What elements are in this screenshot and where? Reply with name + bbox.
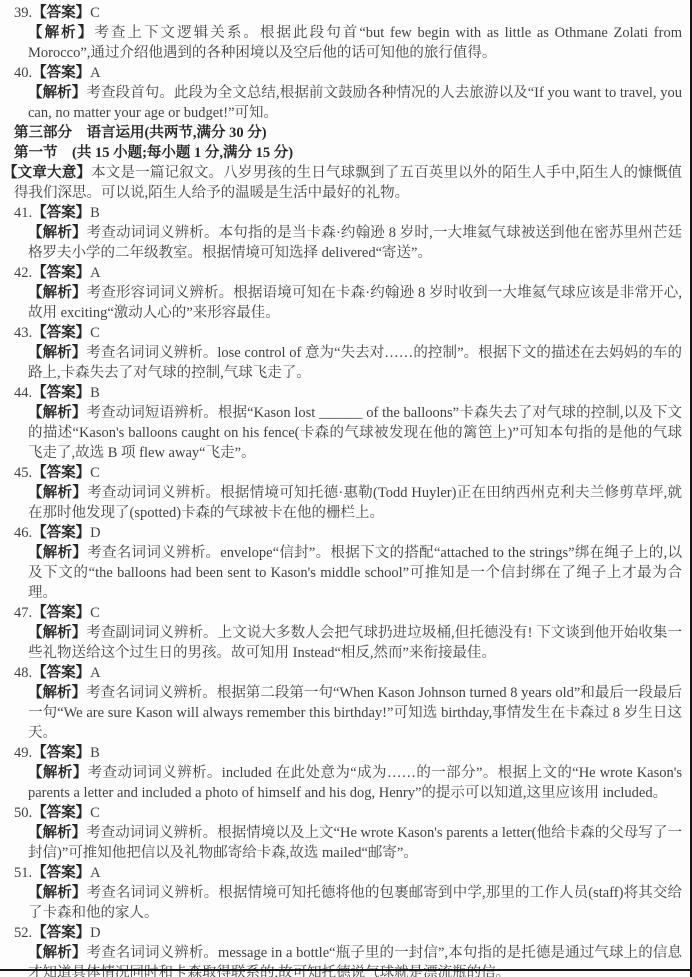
passage-summary: 【文章大意】本文是一篇记叙文。八岁男孩的生日气球飘到了五百英里以外的陌生人手中,… (3, 163, 682, 203)
analysis-paragraph: 【解析】考查上下文逻辑关系。根据此段句首“but few begin with … (28, 23, 682, 63)
answer-choice: C (90, 5, 100, 21)
summary-text: 本文是一篇记叙文。八岁男孩的生日气球飘到了五百英里以外的陌生人手中,陌生人的慷慨… (14, 165, 682, 201)
analysis-label: 【解析】 (28, 85, 86, 101)
question-number: 50. (14, 805, 32, 821)
analysis-text: 考查上下文逻辑关系。根据此段句首“but few begin with as l… (28, 25, 682, 61)
analysis-paragraph: 【解析】考查动词词义辨析。根据情境可知托德·惠勒(Todd Huyler)正在田… (28, 483, 682, 523)
question-number: 51. (14, 865, 32, 881)
answer-line: 39.【答案】C (14, 3, 682, 23)
analysis-label: 【解析】 (28, 765, 88, 781)
analysis-text: 考查动词词义辨析。included 在此处意为“成为……的一部分”。根据上文的“… (28, 765, 682, 801)
question-number: 39. (14, 5, 32, 21)
answer-choice: D (90, 925, 100, 941)
analysis-paragraph: 【解析】考查名词词义辨析。envelope“信封”。根据下文的搭配“attach… (28, 543, 682, 603)
answer-line: 40.【答案】A (14, 63, 682, 83)
analysis-label: 【解析】 (28, 25, 94, 41)
analysis-paragraph: 【解析】考查动词词义辨析。本句指的是当卡森·约翰逊 8 岁时,一大堆氦气球被送到… (28, 223, 682, 263)
answer-line: 52.【答案】D (14, 923, 682, 943)
question-number: 49. (14, 745, 32, 761)
analysis-label: 【解析】 (28, 885, 87, 901)
analysis-paragraph: 【解析】考查名词词义辨析。根据第二段第一句“When Kason Johnson… (28, 683, 682, 743)
scan-edge-bottom (0, 969, 692, 972)
analysis-label: 【解析】 (28, 945, 86, 961)
answer-line: 46.【答案】D (14, 523, 682, 543)
analysis-text: 考查名词词义辨析。根据第二段第一句“When Kason Johnson tur… (28, 685, 682, 741)
answer-line: 45.【答案】C (14, 463, 682, 483)
analysis-text: 考查名词词义辨析。lose control of 意为“失去对……的控制”。根据… (28, 345, 682, 381)
analysis-text: 考查名词词义辨析。根据情境可知托德将他的包裹邮寄到中学,那里的工作人员(staf… (28, 885, 682, 921)
analysis-text: 考查副词词义辨析。上文说大多数人会把气球扔进垃圾桶,但托德没有! 下文谈到他开始… (28, 625, 682, 661)
question-number: 41. (14, 205, 32, 221)
answer-label: 【答案】 (32, 745, 90, 761)
answer-line: 49.【答案】B (14, 743, 682, 763)
answer-label: 【答案】 (32, 605, 90, 621)
analysis-paragraph: 【解析】考查动词短语辨析。根据“Kason lost ______ of the… (28, 403, 682, 463)
question-number: 52. (14, 925, 32, 941)
answer-line: 44.【答案】B (14, 383, 682, 403)
analysis-label: 【解析】 (28, 285, 87, 301)
analysis-text: 考查动词词义辨析。根据情境可知托德·惠勒(Todd Huyler)正在田纳西州克… (28, 485, 682, 521)
answer-choice: B (90, 745, 100, 761)
answer-line: 41.【答案】B (14, 203, 682, 223)
answer-choice: C (90, 325, 100, 341)
analysis-label: 【解析】 (28, 485, 87, 501)
question-number: 40. (14, 65, 32, 81)
answer-choice: A (90, 865, 100, 881)
answer-label: 【答案】 (32, 805, 90, 821)
answer-label: 【答案】 (32, 265, 90, 281)
answer-choice: A (90, 265, 100, 281)
analysis-label: 【解析】 (28, 405, 86, 421)
question-number: 42. (14, 265, 32, 281)
answer-line: 50.【答案】C (14, 803, 682, 823)
answer-choice: C (90, 465, 100, 481)
answer-label: 【答案】 (32, 465, 90, 481)
answer-line: 43.【答案】C (14, 323, 682, 343)
answer-choice: B (90, 205, 100, 221)
answer-choice: D (90, 525, 100, 541)
analysis-text: 考查动词词义辨析。本句指的是当卡森·约翰逊 8 岁时,一大堆氦气球被送到他在密苏… (28, 225, 682, 261)
analysis-paragraph: 【解析】考查段首句。此段为全文总结,根据前文鼓励各种情况的人去旅游以及“If y… (28, 83, 682, 123)
analysis-text: 考查形容词词义辨析。根据语境可知在卡森·约翰逊 8 岁时收到一大堆氦气球应该是非… (28, 285, 682, 321)
answer-line: 47.【答案】C (14, 603, 682, 623)
answer-line: 51.【答案】A (14, 863, 682, 883)
analysis-label: 【解析】 (28, 225, 87, 241)
analysis-paragraph: 【解析】考查名词词义辨析。message in a bottle“瓶子里的一封信… (28, 943, 682, 977)
answer-label: 【答案】 (32, 205, 90, 221)
analysis-label: 【解析】 (28, 545, 87, 561)
analysis-text: 考查段首句。此段为全文总结,根据前文鼓励各种情况的人去旅游以及“If you w… (28, 85, 682, 121)
section-heading: 第一节 (共 15 小题;每小题 1 分,满分 15 分) (14, 143, 682, 163)
question-number: 47. (14, 605, 32, 621)
question-number: 45. (14, 465, 32, 481)
analysis-paragraph: 【解析】考查动词词义辨析。included 在此处意为“成为……的一部分”。根据… (28, 763, 682, 803)
question-number: 44. (14, 385, 32, 401)
answer-label: 【答案】 (32, 5, 90, 21)
answer-line: 48.【答案】A (14, 663, 682, 683)
section-heading: 第三部分 语言运用(共两节,满分 30 分) (14, 123, 682, 143)
question-number: 43. (14, 325, 32, 341)
analysis-paragraph: 【解析】考查名词词义辨析。lose control of 意为“失去对……的控制… (28, 343, 682, 383)
answer-label: 【答案】 (32, 525, 90, 541)
answer-choice: A (90, 665, 100, 681)
answer-label: 【答案】 (32, 865, 90, 881)
answer-line: 42.【答案】A (14, 263, 682, 283)
scanned-answer-key-page: 39.【答案】C【解析】考查上下文逻辑关系。根据此段句首“but few beg… (0, 0, 692, 977)
analysis-label: 【解析】 (28, 685, 86, 701)
analysis-paragraph: 【解析】考查形容词词义辨析。根据语境可知在卡森·约翰逊 8 岁时收到一大堆氦气球… (28, 283, 682, 323)
analysis-text: 考查动词词义辨析。根据情境以及上文“He wrote Kason's paren… (28, 825, 682, 861)
analysis-paragraph: 【解析】考查动词词义辨析。根据情境以及上文“He wrote Kason's p… (28, 823, 682, 863)
answer-choice: A (90, 65, 100, 81)
answer-label: 【答案】 (32, 925, 90, 941)
answer-choice: B (90, 385, 100, 401)
analysis-label: 【解析】 (28, 345, 86, 361)
answer-choice: C (90, 805, 100, 821)
analysis-paragraph: 【解析】考查副词词义辨析。上文说大多数人会把气球扔进垃圾桶,但托德没有! 下文谈… (28, 623, 682, 663)
answer-label: 【答案】 (32, 665, 90, 681)
question-number: 46. (14, 525, 32, 541)
analysis-text: 考查名词词义辨析。envelope“信封”。根据下文的搭配“attached t… (28, 545, 682, 601)
analysis-paragraph: 【解析】考查名词词义辨析。根据情境可知托德将他的包裹邮寄到中学,那里的工作人员(… (28, 883, 682, 923)
document-content: 39.【答案】C【解析】考查上下文逻辑关系。根据此段句首“but few beg… (14, 3, 682, 977)
analysis-label: 【解析】 (28, 825, 86, 841)
analysis-label: 【解析】 (28, 625, 86, 641)
summary-label: 【文章大意】 (3, 165, 91, 181)
answer-choice: C (90, 605, 100, 621)
analysis-text: 考查名词词义辨析。message in a bottle“瓶子里的一封信”,本句… (28, 945, 682, 977)
question-number: 48. (14, 665, 32, 681)
answer-label: 【答案】 (32, 325, 90, 341)
answer-label: 【答案】 (32, 385, 90, 401)
answer-label: 【答案】 (32, 65, 90, 81)
analysis-text: 考查动词短语辨析。根据“Kason lost ______ of the bal… (28, 405, 682, 461)
